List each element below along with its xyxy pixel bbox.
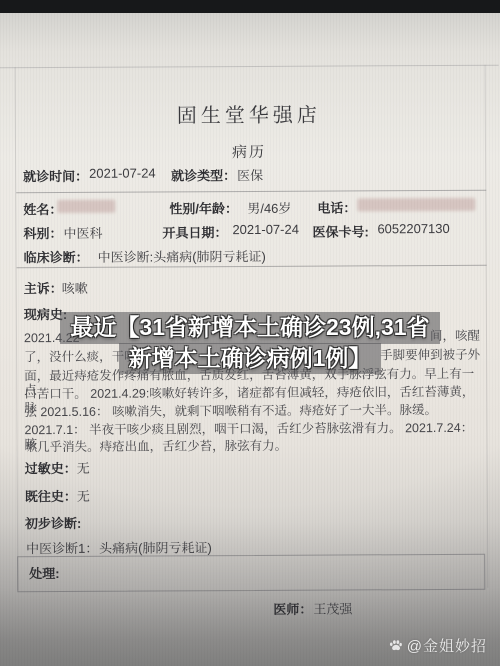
department-label: 科别： (23, 223, 62, 242)
watermark: @金姐妙招 (388, 635, 487, 656)
photo-top-bezel (0, 0, 500, 13)
department-value: 中医科 (63, 223, 102, 242)
gender-age-label: 性别/年龄： (169, 198, 238, 217)
allergy-history-label: 过敏史： (25, 458, 77, 477)
gender-age-value: 男/46岁 (247, 198, 291, 217)
past-history-value: 无 (77, 486, 90, 505)
chief-complaint-value: 咳嗽 (62, 278, 88, 297)
insurance-card-value: 6052207130 (377, 221, 449, 236)
photo-of-medical-record: 固生堂华强店 病历 就诊时间： 2021-07-24 就诊类型： 医保 姓名： … (0, 0, 500, 666)
treatment-label: 处理: (29, 563, 59, 582)
physician-label: 医师： (273, 599, 312, 618)
hpi-line7: 嗽几乎消失。痔疮出血，舌红少苔，脉弦有力。 (25, 438, 481, 454)
divider-line (16, 190, 486, 193)
phone-label: 电话： (317, 197, 356, 216)
visit-type-value: 医保 (237, 165, 263, 184)
clinical-diagnosis-label: 临床诊断： (24, 247, 89, 266)
insurance-card-label: 医保卡号: (312, 221, 368, 240)
news-caption-line1: 最近【31省新增本土确诊23例,31省 (60, 312, 439, 344)
chief-complaint-label: 主诉： (24, 278, 63, 297)
tcm-diagnosis1-label: 中医诊断1： (26, 538, 98, 557)
paw-icon (388, 638, 403, 653)
news-caption-line2: 新增本土确诊病例1例】 (119, 343, 382, 375)
clinical-diagnosis-value: 中医诊断:头痛病(肺阴亏耗证) (98, 246, 266, 266)
hpi-line5: 弦 2021.5.16： 咳嗽消失，就剩下咽喉稍有不适。痔疮好了一大半。脉缓。 (24, 403, 480, 419)
physician-name: 王茂强 (313, 598, 352, 617)
document-top-edge (0, 65, 499, 69)
treatment-box (17, 554, 485, 592)
visit-time-value: 2021-07-24 (89, 165, 156, 180)
visit-time-label: 就诊时间： (23, 166, 88, 185)
issue-date-value: 2021-07-24 (232, 222, 299, 237)
clinic-name: 固生堂华强店 (0, 98, 499, 130)
watermark-text: @金姐妙招 (407, 635, 487, 656)
document-title: 病历 (0, 140, 499, 164)
allergy-history-value: 无 (77, 458, 90, 477)
issue-date-label: 开具日期： (162, 222, 227, 241)
tcm-diagnosis1-value: 头痛病(肺阴亏耗证) (99, 537, 212, 557)
news-caption-overlay: 最近【31省新增本土确诊23例,31省 新增本土确诊病例1例】 (0, 312, 500, 374)
name-redaction-blur (57, 200, 115, 213)
phone-redaction-blur (357, 198, 475, 212)
preliminary-diagnosis-label: 初步诊断: (25, 513, 81, 532)
visit-type-label: 就诊类型： (171, 165, 236, 184)
screen-photo: 固生堂华强店 病历 就诊时间： 2021-07-24 就诊类型： 医保 姓名： … (0, 13, 500, 666)
past-history-label: 既往史： (25, 486, 77, 505)
